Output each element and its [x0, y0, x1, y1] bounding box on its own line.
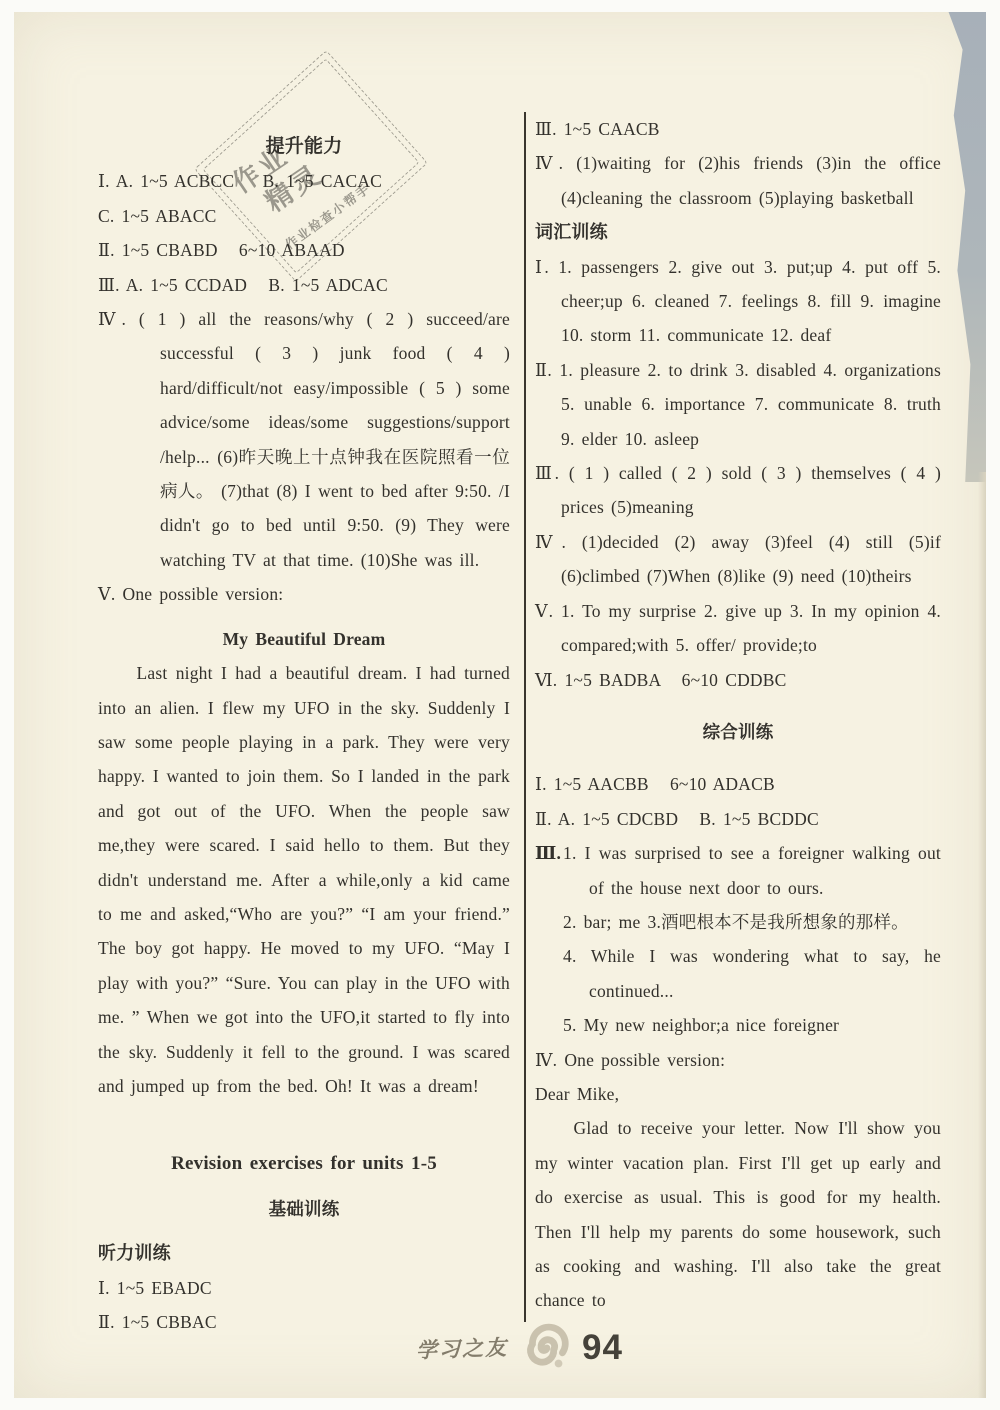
answer-line: Ⅳ. (1)waiting for (2)his friends (3)in t… [535, 146, 941, 215]
answer-line: Ⅱ. 1~5 CBABD 6~10 ABAAD [98, 233, 510, 267]
sub-answer-line: 4. While I was wondering what to say, he… [563, 939, 941, 1008]
answer-line: Ⅳ. (1)decided (2) away (3)feel (4) still… [535, 525, 941, 594]
essay-paragraph: Last night I had a beautiful dream. I ha… [98, 656, 510, 1103]
torn-paper-edge [934, 12, 986, 482]
answer-line: Ⅱ. 1. pleasure 2. to drink 3. disabled 4… [535, 353, 941, 456]
answer-line: Ⅳ. One possible version: [535, 1043, 941, 1077]
answer-line: Ⅰ. 1~5 AACBB 6~10 ADACB [535, 767, 941, 801]
right-column: Ⅲ. 1~5 CAACBⅣ. (1)waiting for (2)his fri… [535, 12, 941, 1318]
answer-line: Ⅰ. 1~5 EBADC [98, 1271, 510, 1305]
page-number: 94 [582, 1328, 623, 1368]
brand-logo-text: 学习之友 [416, 1331, 509, 1364]
section-heading-listening: 听力训练 [98, 1236, 510, 1270]
spiral-logo-icon [516, 1319, 574, 1377]
answer-line: Ⅰ. A. 1~5 ACBCC B. 1~5 CACAC [98, 164, 510, 198]
answer-line: Ⅲ. ( 1 ) called ( 2 ) sold ( 3 ) themsel… [535, 456, 941, 525]
sub-answer-line: 5. My new neighbor;a nice foreigner [563, 1008, 941, 1042]
section-heading-comprehensive: 综合训练 [535, 715, 941, 749]
section-heading-vocabulary: 词汇训练 [535, 215, 941, 249]
paper-sheet: 作业 精灵 作业检查小帮手 提升能力Ⅰ. A. 1~5 ACBCC B. 1~5… [14, 12, 986, 1398]
letter-paragraph: Glad to receive your letter. Now I'll sh… [535, 1111, 941, 1317]
section-heading-revision: Revision exercises for units 1-5 [98, 1147, 510, 1181]
letter-salutation: Dear Mike, [535, 1077, 941, 1111]
sub-answer-line: 1. I was surprised to see a foreigner wa… [563, 836, 941, 905]
page-edge-shadow [978, 472, 986, 1398]
list-marker: Ⅲ. [535, 836, 561, 870]
answer-line: Ⅰ. 1. passengers 2. give out 3. put;up 4… [535, 250, 941, 353]
answer-line: Ⅱ. A. 1~5 CDCBD B. 1~5 BCDDC [535, 802, 941, 836]
answer-group: Ⅲ.1. I was surprised to see a foreigner … [535, 836, 941, 1042]
sub-answer-line: 2. bar; me 3.酒吧根本不是我所想象的那样。 [563, 905, 941, 939]
page-footer: 学习之友 94 [416, 1318, 623, 1378]
answer-line: Ⅲ. A. 1~5 CCDAD B. 1~5 ADCAC [98, 268, 510, 302]
column-divider [524, 112, 526, 1322]
answer-line: Ⅴ. One possible version: [98, 577, 510, 611]
answer-line: Ⅴ. 1. To my surprise 2. give up 3. In my… [535, 594, 941, 663]
answer-line: Ⅲ. 1~5 CAACB [535, 112, 941, 146]
left-column: 提升能力Ⅰ. A. 1~5 ACBCC B. 1~5 CACACC. 1~5 A… [98, 12, 510, 1339]
section-heading-basic: 基础训练 [98, 1192, 510, 1226]
answer-line: Ⅳ. ( 1 ) all the reasons/why ( 2 ) succe… [98, 302, 510, 577]
section-heading-improve: 提升能力 [98, 130, 510, 164]
answer-line: C. 1~5 ABACC [98, 199, 510, 233]
scanned-page: 作业 精灵 作业检查小帮手 提升能力Ⅰ. A. 1~5 ACBCC B. 1~5… [0, 0, 1000, 1410]
answer-line: Ⅵ. 1~5 BADBA 6~10 CDDBC [535, 663, 941, 697]
essay-title: My Beautiful Dream [98, 622, 510, 656]
